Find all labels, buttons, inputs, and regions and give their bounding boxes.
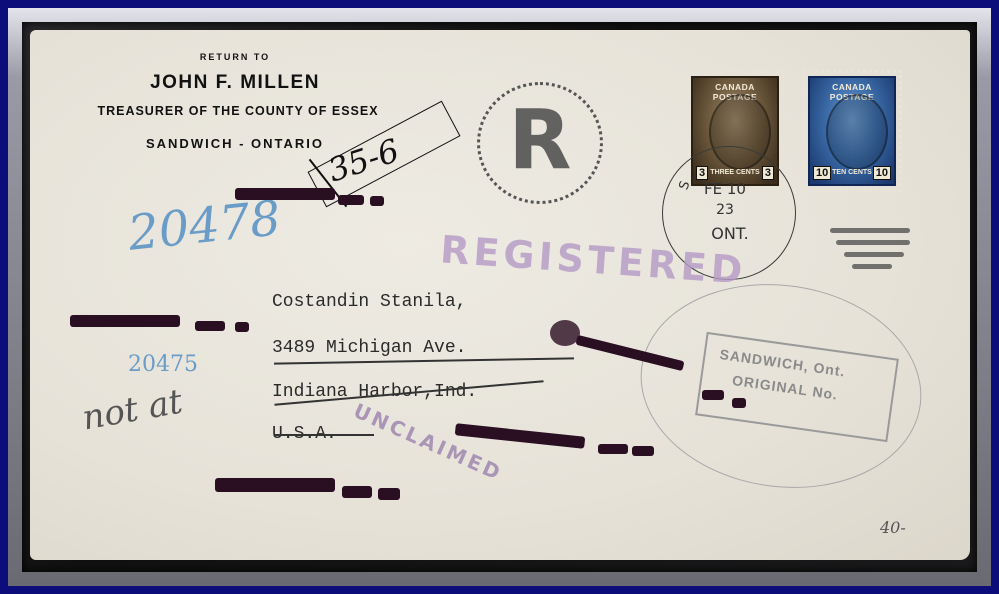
- ink-blot: [370, 196, 384, 206]
- addressee-name: Costandin Stanila,: [272, 292, 466, 312]
- ink-blot: [235, 188, 335, 200]
- corner-pencil-note: 40-: [880, 518, 906, 537]
- ink-blot: [70, 315, 180, 327]
- ink-blot: [702, 390, 724, 400]
- king-portrait-icon: [826, 94, 888, 170]
- stamp-10-cents: CANADA POSTAGE 10 TEN CENTS 10: [802, 70, 902, 192]
- registered-r-handstamp: R: [477, 82, 603, 204]
- addressee-city: Indiana Harbor,Ind.: [272, 382, 477, 402]
- ink-blot: [338, 195, 364, 205]
- ink-blot: [732, 398, 746, 408]
- killer-bars-cancel: [830, 228, 910, 276]
- unclaimed-handstamp: UNCLAIMED: [350, 398, 506, 485]
- stamp-value-left: 10: [813, 166, 831, 180]
- ink-blot: [378, 488, 400, 500]
- sender-name: JOHN F. MILLEN: [70, 72, 400, 94]
- ink-blot: [342, 486, 372, 498]
- ink-blot: [195, 321, 225, 331]
- postmark-date: FE 10: [690, 180, 760, 198]
- ink-blot: [632, 446, 654, 456]
- ink-blot: [215, 478, 335, 492]
- postmark-province: ONT.: [695, 224, 765, 243]
- stamp-value-right: 10: [873, 166, 891, 180]
- sender-title: TREASURER OF THE COUNTY OF ESSEX: [58, 104, 418, 118]
- ink-blot: [455, 423, 586, 449]
- return-to-label: RETURN TO: [70, 52, 400, 62]
- strikethrough-country: [274, 434, 374, 436]
- stamp-value-text: TEN CENTS: [832, 169, 872, 177]
- pencil-note: not at: [79, 382, 185, 439]
- postmark-year: 23: [700, 202, 750, 218]
- strikethrough-street: [274, 357, 574, 364]
- envelope: RETURN TO JOHN F. MILLEN TREASURER OF TH…: [30, 30, 970, 560]
- ink-blot: [598, 444, 628, 454]
- registered-r-letter: R: [480, 93, 600, 188]
- handwritten-blue-number: 20478: [125, 190, 283, 262]
- ink-blot: [235, 322, 249, 332]
- stamped-blue-number: 20475: [128, 352, 198, 377]
- addressee-street: 3489 Michigan Ave.: [272, 338, 466, 358]
